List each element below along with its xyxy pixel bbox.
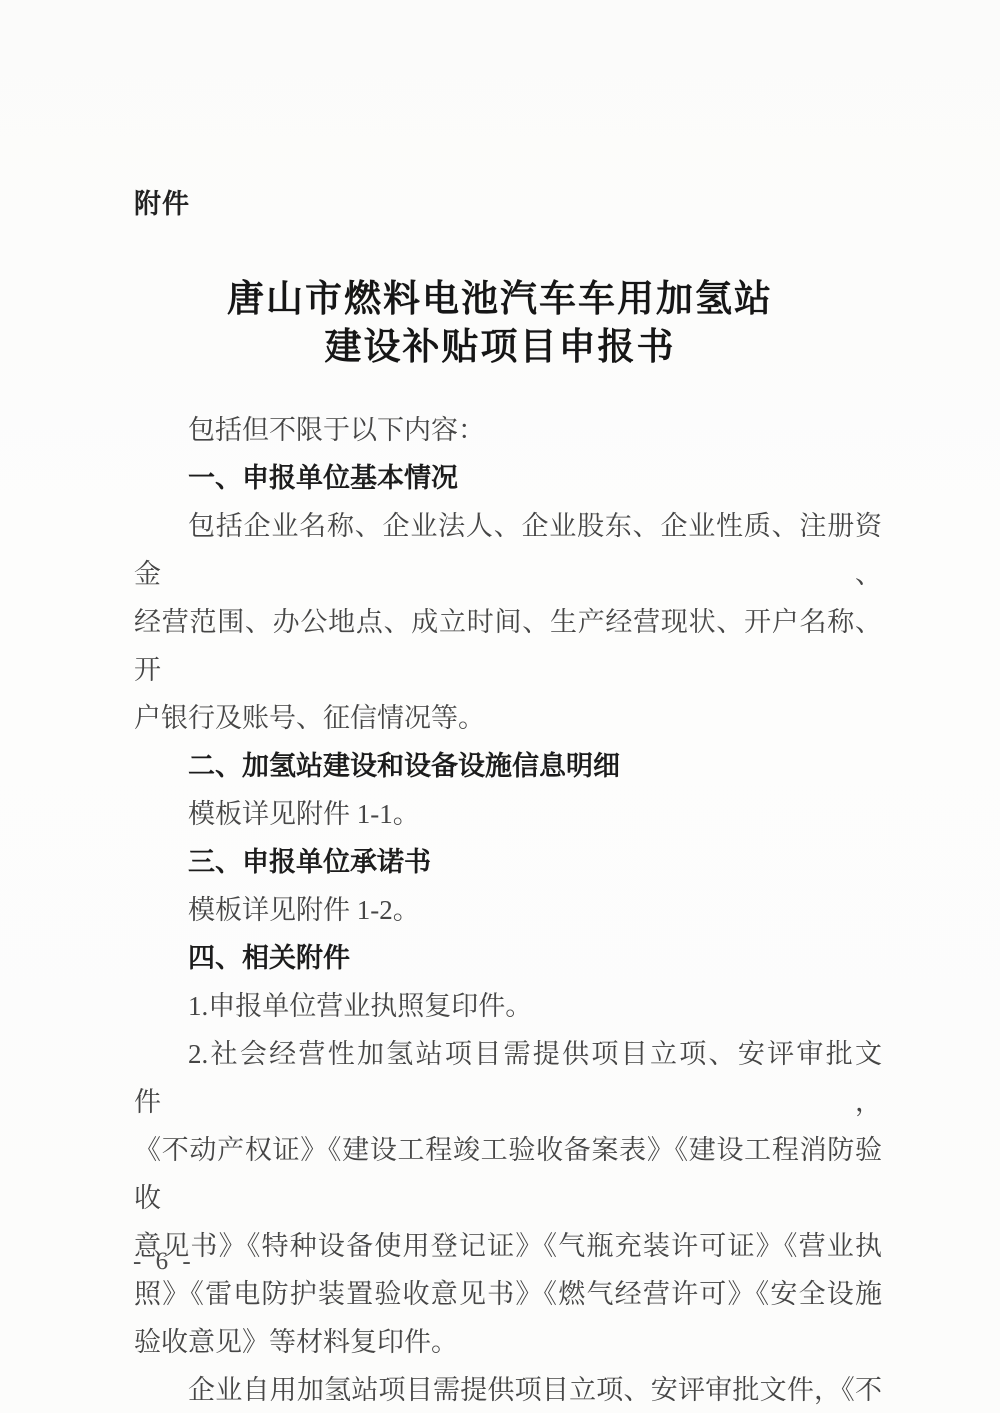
document-page: 附件 唐山市燃料电池汽车车用加氢站 建设补贴项目申报书 包括但不限于以下内容：一… xyxy=(0,0,1000,1413)
text-line: 模板详见附件 1-1。 xyxy=(134,790,882,838)
page-number: - 6 - xyxy=(133,1248,195,1276)
document-title: 唐山市燃料电池汽车车用加氢站 建设补贴项目申报书 xyxy=(0,276,1000,372)
text-line: 意见书》《特种设备使用登记证》《气瓶充装许可证》《营业执 xyxy=(134,1222,882,1270)
document-body: 包括但不限于以下内容：一、申报单位基本情况包括企业名称、企业法人、企业股东、企业… xyxy=(134,406,882,1413)
attachment-label: 附件 xyxy=(134,182,190,221)
text-line: 企业自用加氢站项目需提供项目立项、安评审批文件，《不 xyxy=(134,1366,882,1413)
section-heading: 四、相关附件 xyxy=(134,934,882,982)
text-line: 《不动产权证》《建设工程竣工验收备案表》《建设工程消防验收 xyxy=(134,1126,882,1222)
section-heading: 三、申报单位承诺书 xyxy=(134,838,882,886)
text-line: 包括但不限于以下内容： xyxy=(134,406,882,454)
text-line: 照》《雷电防护装置验收意见书》《燃气经营许可》《安全设施 xyxy=(134,1270,882,1318)
text-line: 验收意见》等材料复印件。 xyxy=(134,1318,882,1366)
text-line: 户银行及账号、征信情况等。 xyxy=(134,694,882,742)
text-line: 2.社会经营性加氢站项目需提供项目立项、安评审批文件， xyxy=(134,1030,882,1126)
text-line: 包括企业名称、企业法人、企业股东、企业性质、注册资金、 xyxy=(134,502,882,598)
title-line-2: 建设补贴项目申报书 xyxy=(0,324,1000,372)
section-heading: 二、加氢站建设和设备设施信息明细 xyxy=(134,742,882,790)
text-line: 1.申报单位营业执照复印件。 xyxy=(134,982,882,1030)
text-line: 模板详见附件 1-2。 xyxy=(134,886,882,934)
section-heading: 一、申报单位基本情况 xyxy=(134,454,882,502)
title-line-1: 唐山市燃料电池汽车车用加氢站 xyxy=(0,276,1000,324)
text-line: 经营范围、办公地点、成立时间、生产经营现状、开户名称、开 xyxy=(134,598,882,694)
